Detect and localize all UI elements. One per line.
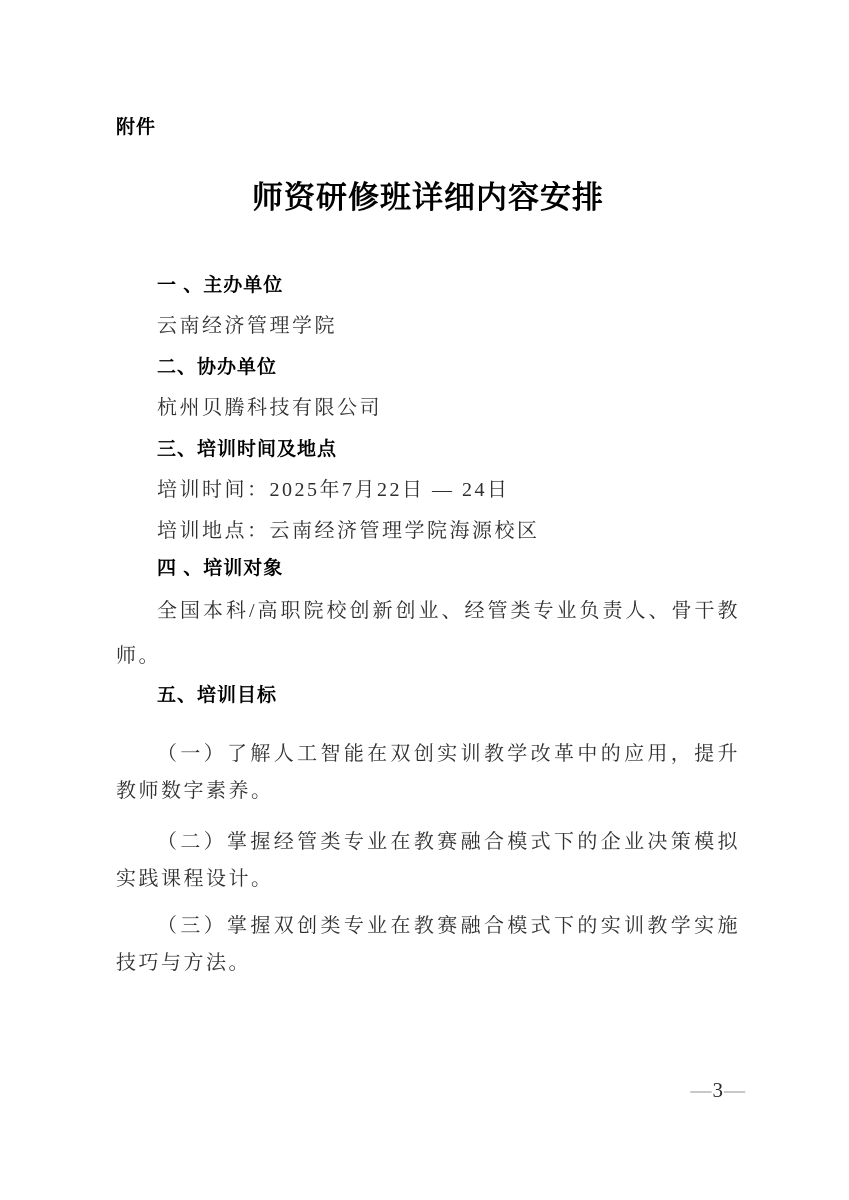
training-objective-2: （二）掌握经管类专业在教赛融合模式下的企业决策模拟实践课程设计。 bbox=[116, 824, 740, 898]
page-number-dash-left: — bbox=[691, 1078, 712, 1102]
page-number-dash-right: — bbox=[724, 1078, 745, 1102]
training-location: 培训地点：云南经济管理学院海源校区 bbox=[116, 511, 740, 552]
text-block: 附件 师资研修班详细内容安排 一 、主办单位 云南经济管理学院 二、协办单位 杭… bbox=[116, 117, 740, 982]
section-heading-time-location: 三、培训时间及地点 bbox=[116, 429, 740, 470]
training-objective-1: （一）了解人工智能在双创实训教学改革中的应用，提升教师数字素养。 bbox=[116, 736, 740, 810]
training-time: 培训时间：2025年7月22日 — 24日 bbox=[116, 470, 740, 511]
attachment-label: 附件 bbox=[116, 117, 740, 138]
section-heading-co-organizer: 二、协办单位 bbox=[116, 347, 740, 388]
document-page: 附件 师资研修班详细内容安排 一 、主办单位 云南经济管理学院 二、协办单位 杭… bbox=[0, 0, 849, 1200]
training-audience: 全国本科/高职院校创新创业、经管类专业负责人、骨干教师。 bbox=[116, 589, 740, 679]
section-heading-audience: 四 、培训对象 bbox=[116, 548, 740, 589]
page-number: —3— bbox=[691, 1078, 746, 1102]
document-title: 师资研修班详细内容安排 bbox=[116, 177, 740, 219]
organizer-name: 云南经济管理学院 bbox=[116, 306, 740, 347]
training-objective-3: （三）掌握双创类专业在教赛融合模式下的实训教学实施技巧与方法。 bbox=[116, 908, 740, 982]
section-heading-objectives: 五、培训目标 bbox=[116, 675, 740, 716]
co-organizer-name: 杭州贝腾科技有限公司 bbox=[116, 388, 740, 429]
page-number-value: 3 bbox=[712, 1078, 725, 1102]
section-heading-organizer: 一 、主办单位 bbox=[116, 265, 740, 306]
